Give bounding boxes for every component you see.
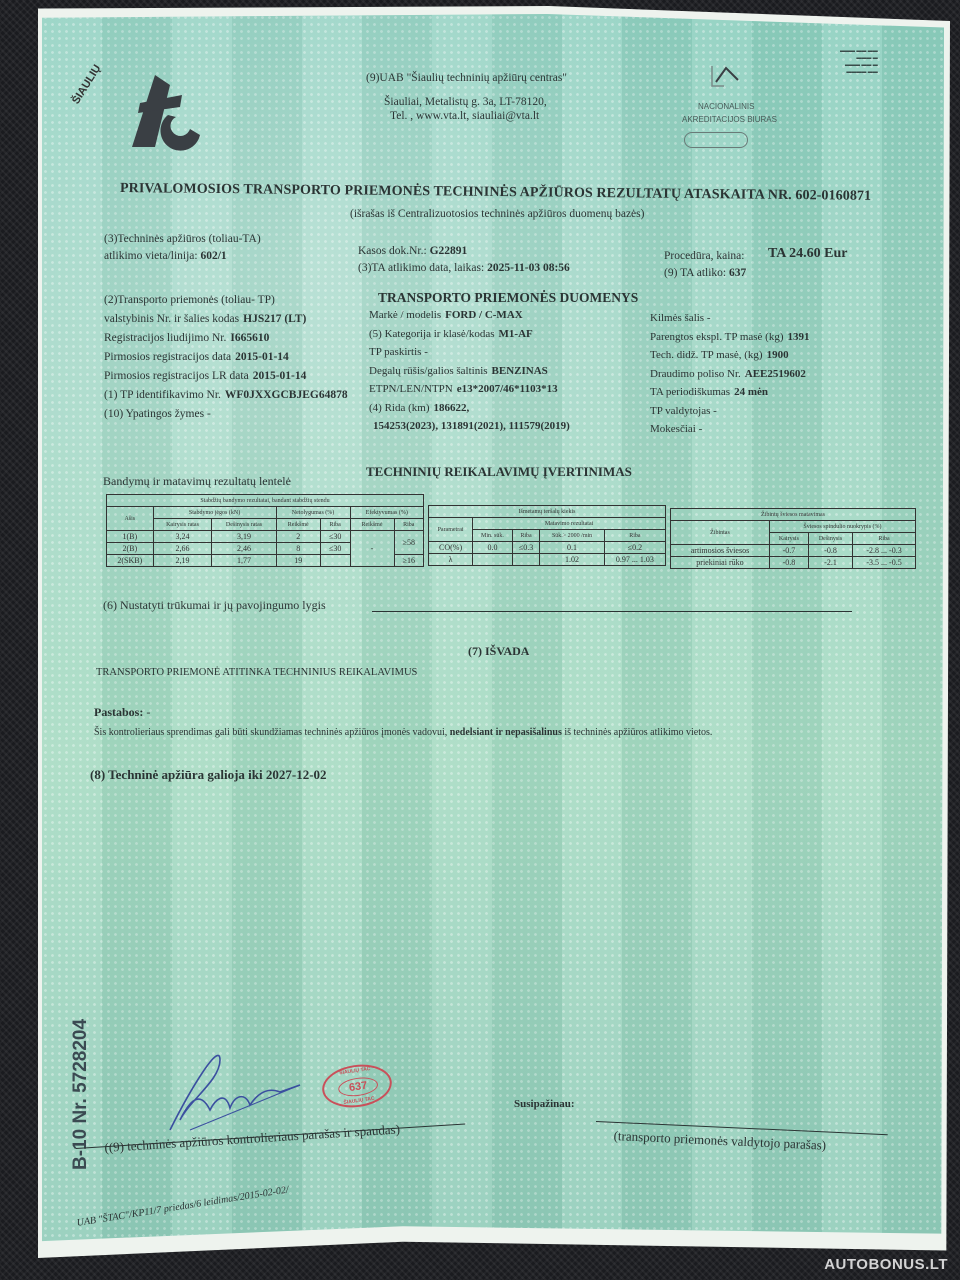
col-limit2: Riba [604,530,665,542]
accreditation-line2: AKREDITACIJOS BIURAS [682,115,777,124]
cell-axle: 2(SKB) [107,555,154,567]
stac-logo-icon [100,55,210,155]
cell-imb: 8 [276,543,320,555]
col-results: Matavimo rezultatai [473,518,666,530]
cell-param: CO(%) [429,542,473,554]
notes: Pastabos: - [94,705,150,720]
cell-2000: 0.1 [540,542,604,554]
accreditation-badge [684,132,748,148]
field-label: Tech. didž. TP masė, (kg) [650,349,763,361]
col-eff-limit: Riba [394,519,424,531]
field-label: Mokesčiai - [650,423,702,435]
table-row: 1(B) 3,24 3,19 2 ≤30 - ≥58 [107,531,424,543]
inspection-place-value: 602/1 [200,250,226,262]
inspection-time-value: 08:56 [543,262,570,274]
inspection-date-value: 2025-11-03 [487,262,540,274]
field-label: TP valdytojas - [650,405,717,417]
inspector: (9) TA atliko: 637 [664,267,746,279]
procedure-value: TA 24.60 Eur [768,246,847,262]
validity-date: (8) Techninė apžiūra galioja iki 2027-12… [90,767,327,783]
col-efficiency: Efektyvumas (%) [350,507,423,519]
cell-left: 3,24 [153,531,212,543]
col-limit: Riba [512,530,540,542]
vehicle-field: TP paskirtis - [369,346,432,358]
col-right: Dešinysis [808,533,852,545]
field-value: 2015-01-14 [235,351,289,363]
field-label: Degalų rūšis/galios šaltinis [369,365,488,377]
inspection-place: atlikimo vieta/linija: 602/1 [104,250,227,262]
table-row: CO(%) 0.0 ≤0.3 0.1 ≤0.2 [429,542,666,554]
vehicle-field: Degalų rūšis/galios šaltinisBENZINAS [369,365,548,377]
vehicle-field: (1) TP identifikavimo Nr.WF0JXXGCBJEG648… [104,389,348,401]
vehicle-field: Mokesčiai - [650,423,706,435]
table-row: artimosios šviesos -0.7 -0.8 -2.8 ... -0… [671,545,916,557]
vehicle-field: (10) Ypatingos žymes - [104,408,215,420]
org-address: Šiauliai, Metalistų g. 3a, LT-78120, [384,96,547,108]
cell-left: -0.7 [769,545,808,557]
cell-imb-limit [320,555,350,567]
cell-limit: -2.8 ... -0.3 [853,545,916,557]
emissions-table: Išmetamų teršalų kiekis Parametrai Matav… [428,505,666,566]
col-eff-value: Reikšmė [350,519,394,531]
cell-limit2: ≤0.2 [604,542,665,554]
vehicle-field: valstybinis Nr. ir šalies kodasHJS217 (L… [104,313,306,325]
conclusion-text: TRANSPORTO PRIEMONĖ ATITINKA TECHNINIUS … [96,667,417,678]
cell-imb: 19 [276,555,320,567]
field-label: TA periodiškumas [650,386,730,398]
cell-lamp: priekiniai rūko [671,557,770,569]
table-caption: Bandymų ir matavimų rezultatų lentelė [103,474,291,489]
col-left: Kairysis [769,533,808,545]
cell-param: λ [429,554,473,566]
receipt-label: Kasos dok.Nr.: [358,245,427,257]
notes-value: - [146,705,150,719]
appeal-text-1: Šis kontrolieriaus sprendimas gali būti … [94,727,447,738]
field-label: Markė / modelis [369,309,441,321]
vehicle-section-title: TRANSPORTO PRIEMONĖS DUOMENYS [378,290,638,306]
field-value: BENZINAS [492,365,548,377]
cell-eff-limit-1: ≥58 [394,531,424,555]
cell-min: 0.0 [473,542,513,554]
vehicle-field: Tech. didž. TP masė, (kg)1900 [650,349,789,361]
vehicle-field: TA periodiškumas24 mėn [650,386,768,398]
field-value: M1-AF [499,328,533,340]
col-axle: Ašis [107,507,154,531]
receipt-value: G22891 [430,245,468,257]
brake-table-title: Stabdžių bandymo rezultatai, bandant sta… [107,495,424,507]
appeal-text-bold: nedelsiant ir nepasišalinus [450,727,562,738]
defects-line [372,611,852,612]
col-deviation: Šviesos spindulio nuokrypis (%) [769,521,915,533]
brake-results-table: Stabdžių bandymo rezultatai, bandant sta… [106,494,424,567]
watermark: AUTOBONUS.LT [824,1256,948,1273]
col-imbalance: Netolygumas (%) [276,507,350,519]
field-label: (4) Rida (km) [369,402,429,414]
field-label: Parengtos ekspl. TP masė (kg) [650,331,784,343]
field-value: 24 mėn [734,386,768,398]
vehicle-field: Pirmosios registracijos data2015-01-14 [104,351,289,363]
col-2000: Sūk.> 2000 /min [540,530,604,542]
inspection-place-label: atlikimo vieta/linija: [104,250,198,262]
cell-imb: 2 [276,531,320,543]
print-info: ▬▬▬ ▬▬ ▬▬▬▬▬ ▬▬▬▬ ▬▬ ▬▬▬▬▬ ▬▬ [840,48,878,76]
field-label: Pirmosios registracijos data [104,351,231,363]
field-value: 2015-01-14 [253,370,307,382]
cell-limit [512,554,540,566]
field-value: 186622, [433,402,469,414]
defects-label: (6) Nustatyti trūkumai ir jų pavojingumo… [103,598,326,613]
table-row: priekiniai rūko -0.8 -2.1 -3.5 ... -0.5 [671,557,916,569]
field-label: ETPN/LEN/NTPN [369,383,453,395]
vehicle-field: Parengtos ekspl. TP masė (kg)1391 [650,331,810,343]
cell-min [473,554,513,566]
cell-axle: 1(B) [107,531,154,543]
cell-right: 3,19 [212,531,276,543]
cell-left: 2,66 [153,543,212,555]
emissions-title: Išmetamų teršalų kiekis [429,506,666,518]
field-label: valstybinis Nr. ir šalies kodas [104,313,239,325]
col-force: Stabdymo jėgos (kN) [153,507,276,519]
field-value: 154253(2023), 131891(2021), 111579(2019) [373,420,570,432]
cell-imb-limit: ≤30 [320,531,350,543]
vehicle-field: (5) Kategorija ir klasė/kodasM1-AF [369,328,533,340]
vehicle-field: ETPN/LEN/NTPNe13*2007/46*1103*13 [369,383,558,395]
cell-right: 2,46 [212,543,276,555]
col-limit: Riba [853,533,916,545]
cell-right: 1,77 [212,555,276,567]
vehicle-field: Draudimo poliso Nr.AEE2519602 [650,368,806,380]
vehicle-field: Kilmės šalis - [650,312,715,324]
accreditation-line1: NACIONALINIS [698,102,754,111]
cell-left: 2,19 [153,555,212,567]
inspection-place-label-1: (3)Techninės apžiūros (toliau-TA) [104,233,261,245]
field-value: e13*2007/46*1103*13 [457,383,558,395]
col-min: Min. sūk. [473,530,513,542]
field-value: 1900 [767,349,789,361]
field-label: (10) Ypatingos žymes - [104,408,211,420]
vehicle-field: (2)Transporto priemonės (toliau- TP) [104,294,279,306]
cell-eff-limit-2: ≥16 [394,555,424,567]
field-value: WF0JXXGCBJEG64878 [225,389,348,401]
field-value: HJS217 (LT) [243,313,306,325]
cell-limit2: 0.97 ... 1.03 [604,554,665,566]
appeal-text-2: iš techninės apžiūros atlikimo vietos. [564,727,712,738]
col-lamp: Žibintas [671,521,770,545]
report-subtitle: (išrašas iš Centralizuotosios techninės … [350,208,644,220]
cell-imb-limit: ≤30 [320,543,350,555]
receipt: Kasos dok.Nr.: G22891 [358,245,467,257]
inspector-value: 637 [729,267,746,279]
vehicle-field: (4) Rida (km)186622, [369,402,469,414]
field-label: (2)Transporto priemonės (toliau- TP) [104,294,275,306]
inspection-date-label: (3)TA atlikimo data, laikas: [358,262,484,274]
cell-limit: ≤0.3 [512,542,540,554]
cell-left: -0.8 [769,557,808,569]
field-label: (5) Kategorija ir klasė/kodas [369,328,495,340]
col-imb-value: Reikšmė [276,519,320,531]
requirements-title: TECHNINIŲ REIKALAVIMŲ ĮVERTINIMAS [366,464,632,480]
vehicle-field: Pirmosios registracijos LR data2015-01-1… [104,370,306,382]
cell-right: -0.8 [808,545,852,557]
inspector-label: (9) TA atliko: [664,267,726,279]
col-imb-limit: Riba [320,519,350,531]
field-label: (1) TP identifikavimo Nr. [104,389,221,401]
vehicle-field: TP valdytojas - [650,405,721,417]
field-label: Kilmės šalis - [650,312,711,324]
field-value: I665610 [230,332,269,344]
appeal-text: Šis kontrolieriaus sprendimas gali būti … [94,727,712,738]
cell-right: -2.1 [808,557,852,569]
lights-title: Žibintų šviesos matavimas [671,509,916,521]
org-contact: Tel. , www.vta.lt, siauliai@vta.lt [390,110,539,122]
col-right-wheel: Dešinysis ratas [212,519,276,531]
field-label: Draudimo poliso Nr. [650,368,741,380]
field-value: FORD / C-MAX [445,309,523,321]
cell-limit: -3.5 ... -0.5 [853,557,916,569]
field-value: 1391 [788,331,810,343]
cell-axle: 2(B) [107,543,154,555]
vehicle-field: Markė / modelisFORD / C-MAX [369,309,523,321]
field-label: Pirmosios registracijos LR data [104,370,249,382]
org-name: (9)UAB "Šiaulių techninių apžiūrų centra… [366,72,567,84]
field-label: Registracijos liudijimo Nr. [104,332,226,344]
vehicle-field: 154253(2023), 131891(2021), 111579(2019) [369,420,570,432]
acknowledge-label: Susipažinau: [514,1098,575,1110]
inspection-date: (3)TA atlikimo data, laikas: 2025-11-03 … [358,262,570,274]
lights-table: Žibintų šviesos matavimas Žibintas Švies… [670,508,916,569]
conclusion-title: (7) IŠVADA [468,644,529,659]
cell-eff-value: - [350,531,394,567]
col-left-wheel: Kairysis ratas [153,519,212,531]
table-row: λ 1.02 0.97 ... 1.03 [429,554,666,566]
cell-lamp: artimosios šviesos [671,545,770,557]
col-param: Parametrai [429,518,473,542]
vehicle-field: Registracijos liudijimo Nr.I665610 [104,332,269,344]
procedure-label: Procedūra, kaina: [664,250,744,262]
cell-2000: 1.02 [540,554,604,566]
field-label: TP paskirtis - [369,346,428,358]
inspector-signature-icon [150,1030,330,1140]
notes-label: Pastabos: [94,705,143,719]
accreditation-logo-icon [706,62,746,88]
field-value: AEE2519602 [745,368,806,380]
